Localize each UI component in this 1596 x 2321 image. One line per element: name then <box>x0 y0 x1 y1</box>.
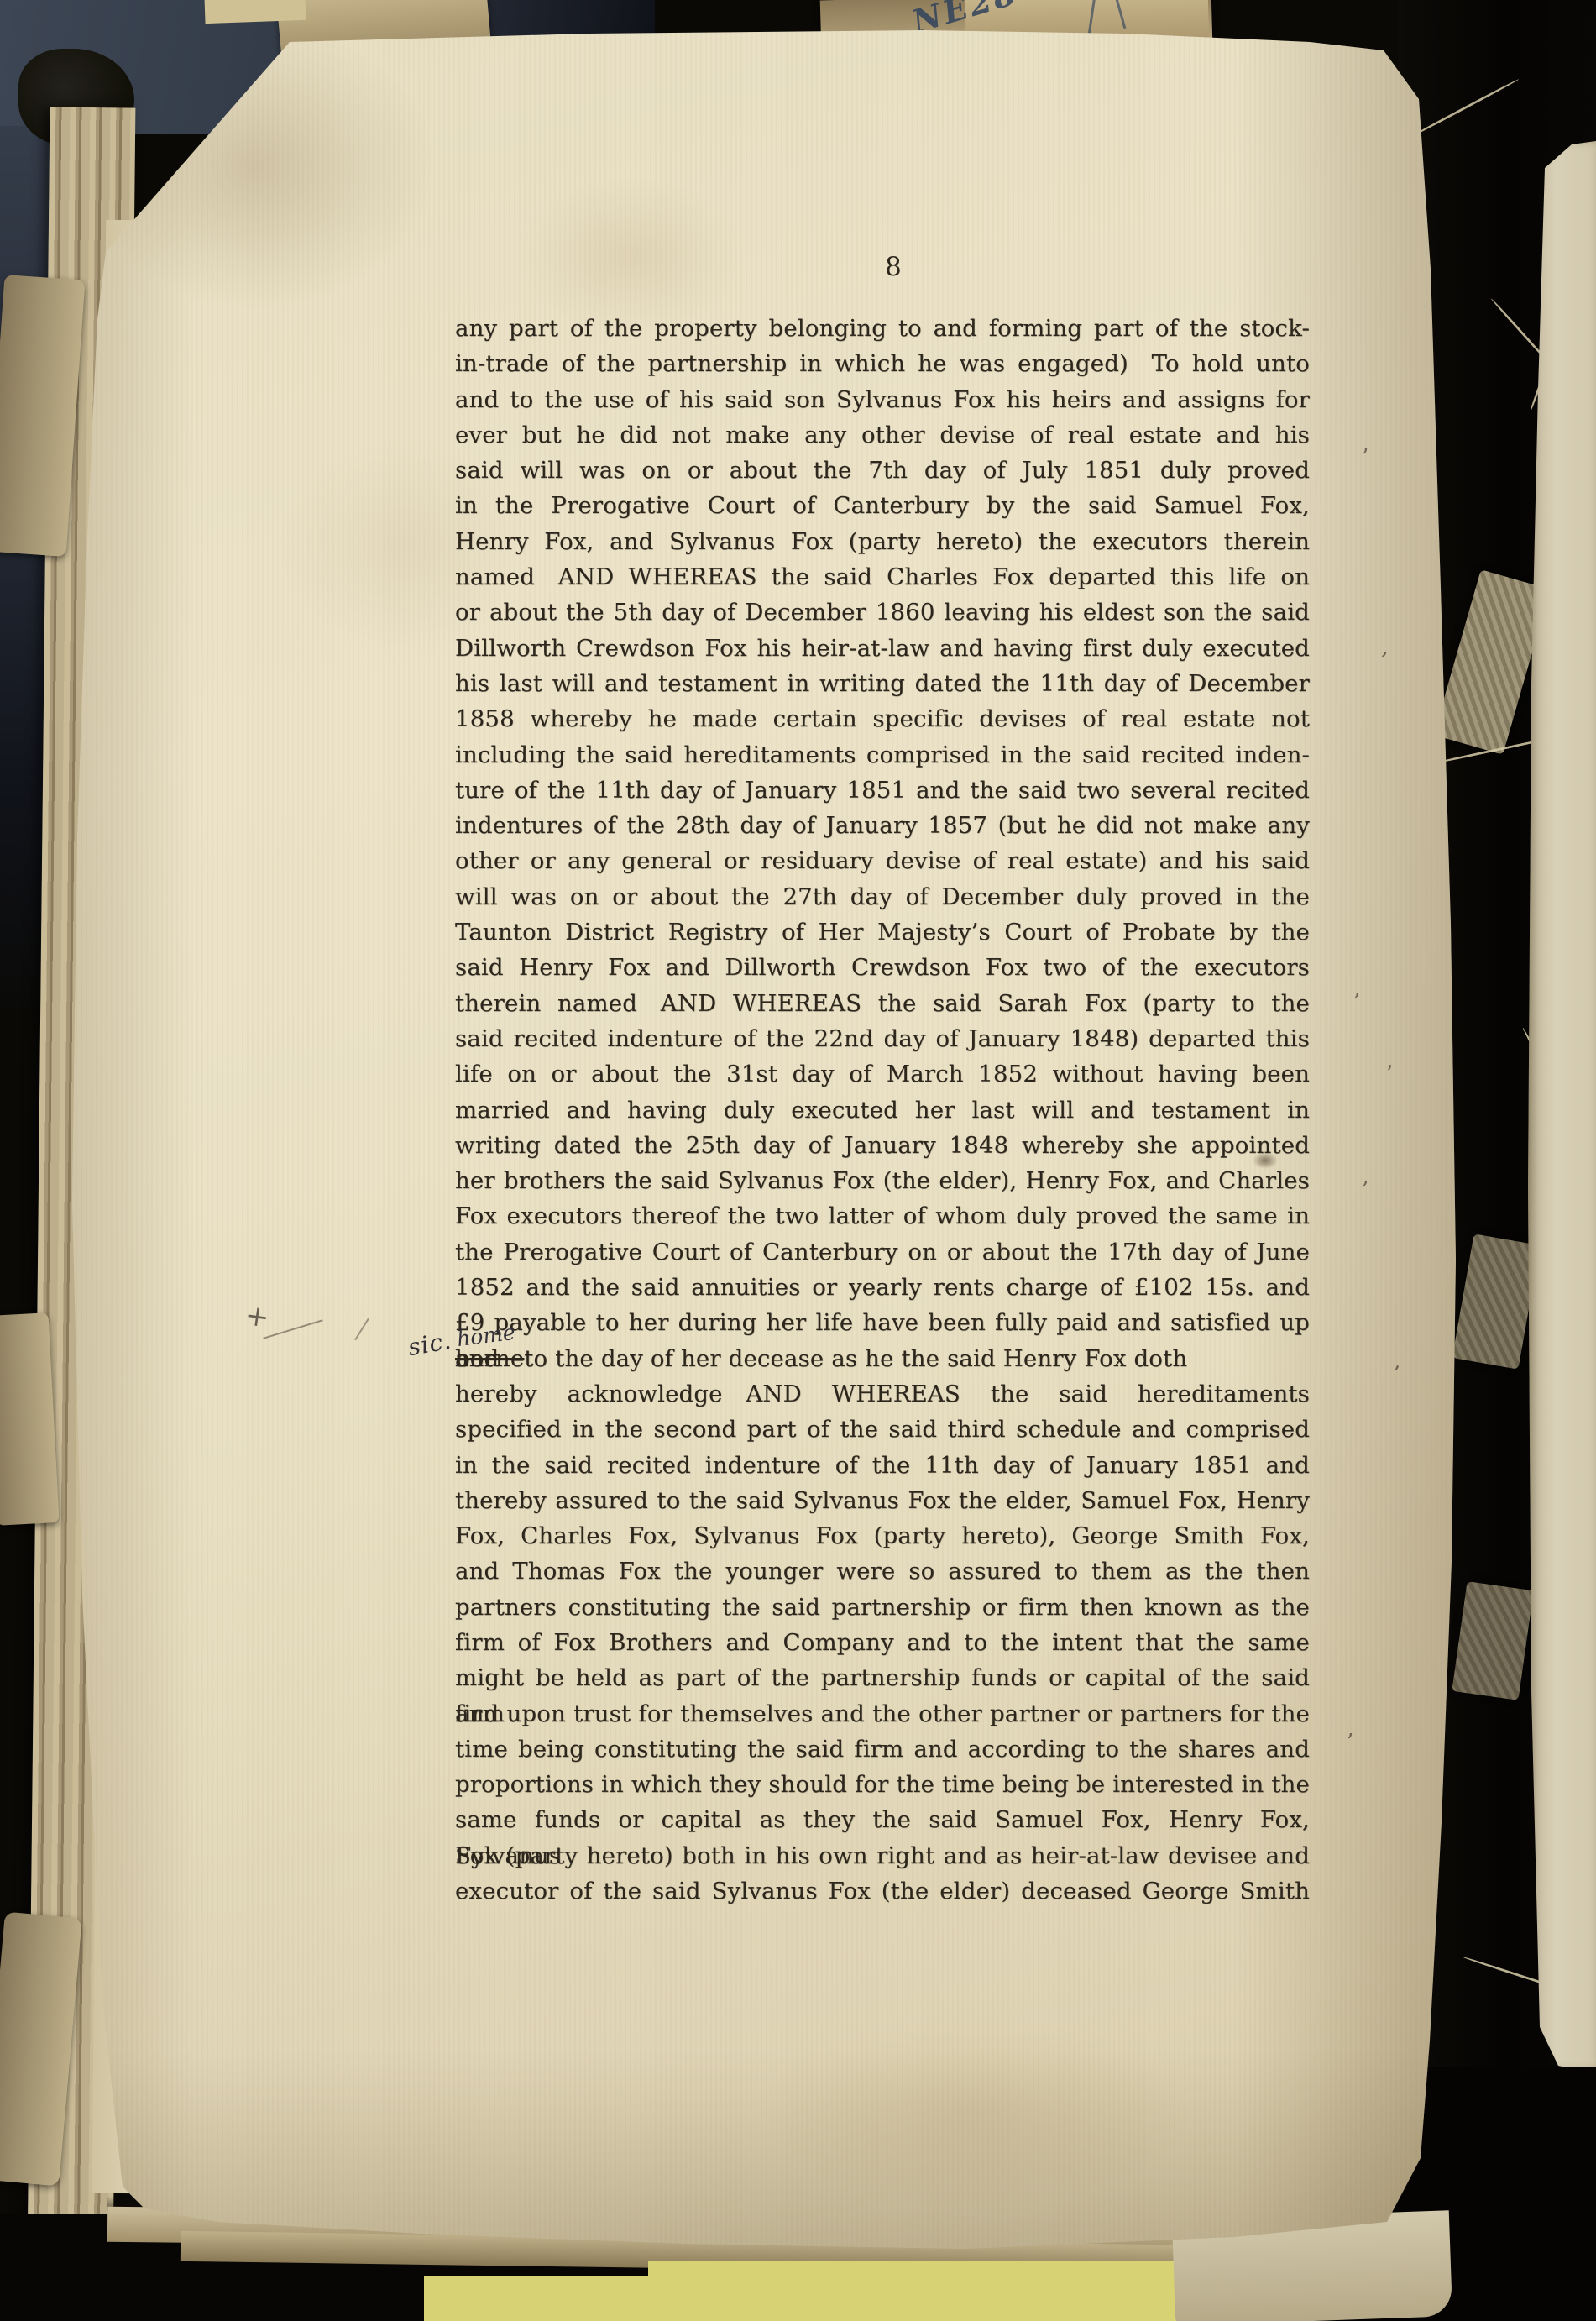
text-line: ever but he did not make any other devis… <box>455 417 1310 453</box>
text-line: in-trade of the partnership in which he … <box>455 346 1310 381</box>
text-line: any part of the property belonging to an… <box>455 311 1310 346</box>
text-line: firm of Fox Brothers and Company and to … <box>455 1625 1310 1660</box>
text-line: Dillworth Crewdson Fox his heir-at-law a… <box>455 631 1310 666</box>
text-line: in the said recited indenture of the 11t… <box>455 1448 1310 1483</box>
text-line: said Henry Fox and Dillworth Crewdson Fo… <box>455 950 1310 985</box>
text-line: Fox executors thereof the two latter of … <box>455 1198 1310 1234</box>
text-line: named AND WHEREAS the said Charles Fox d… <box>455 559 1310 595</box>
text-line: married and having duly executed her las… <box>455 1092 1310 1128</box>
page-number: 8 <box>871 252 915 282</box>
text-line: executor of the said Sylvanus Fox (the e… <box>455 1873 1310 1909</box>
text-line: £9 payable to her during her life have b… <box>455 1305 1310 1340</box>
text-line: said will was on or about the 7th day of… <box>455 453 1310 488</box>
text-line: Fox, Charles Fox, Sylvanus Fox (party he… <box>455 1518 1310 1553</box>
text-line: his last will and testament in writing d… <box>455 666 1310 701</box>
text-line: 1858 whereby he made certain specific de… <box>455 701 1310 736</box>
text-line: and Thomas Fox the younger were so assur… <box>455 1553 1310 1589</box>
text-line: thereby assured to the said Sylvanus Fox… <box>455 1483 1310 1518</box>
text-line: hereby acknowledge AND WHEREAS the said … <box>455 1376 1310 1412</box>
text-line: Fox (party hereto) both in his own right… <box>455 1838 1310 1873</box>
text-line: and bornehome to the day of her decease … <box>455 1341 1310 1376</box>
pencil-mark: + <box>243 1298 271 1335</box>
text-line: specified in the second part of the said… <box>455 1412 1310 1447</box>
photograph: NE28 8 any part of the property belongin… <box>0 0 1596 2321</box>
text-line: proportions in which they should for the… <box>455 1767 1310 1802</box>
text-line: other or any general or residuary devise… <box>455 843 1310 878</box>
ink-mark: ’ <box>1347 1730 1353 1755</box>
paper-scrap <box>205 0 306 24</box>
document-text: any part of the property belonging to an… <box>455 311 1310 1909</box>
text-line: and upon trust for themselves and the ot… <box>455 1696 1310 1732</box>
margin-note-sic: sic. <box>406 1327 454 1362</box>
text-line: might be held as part of the partnership… <box>455 1660 1310 1695</box>
text-line: writing dated the 25th day of January 18… <box>455 1128 1310 1163</box>
text-line: partners constituting the said partnersh… <box>455 1590 1310 1625</box>
text-line: the Prerogative Court of Canterbury on o… <box>455 1234 1310 1270</box>
text-line: time being constituting the said firm an… <box>455 1732 1310 1767</box>
yellow-slip <box>424 2276 655 2321</box>
text-line: Taunton District Registry of Her Majesty… <box>455 914 1310 950</box>
handwritten-correction: home <box>456 1321 516 1349</box>
struck-word: bornehome <box>455 1345 524 1372</box>
text-line: indentures of the 28th day of January 18… <box>455 808 1310 843</box>
pencil-stroke <box>263 1319 322 1339</box>
document-page: 8 any part of the property belonging to … <box>0 0 1596 2321</box>
pencil-stroke <box>354 1318 369 1341</box>
ink-mark: ’ <box>1362 1177 1368 1202</box>
text-line: and to the use of his said son Sylvanus … <box>455 382 1310 417</box>
text-line: 1852 and the said annuities or yearly re… <box>455 1270 1310 1305</box>
text-line: or about the 5th day of December 1860 le… <box>455 595 1310 630</box>
text-line: her brothers the said Sylvanus Fox (the … <box>455 1163 1310 1198</box>
text-line: including the said hereditaments compris… <box>455 737 1310 773</box>
text-line: said recited indenture of the 22nd day o… <box>455 1021 1310 1056</box>
text-line: in the Prerogative Court of Canterbury b… <box>455 488 1310 523</box>
text-line: therein named AND WHEREAS the said Sarah… <box>455 986 1310 1021</box>
text-line: life on or about the 31st day of March 1… <box>455 1056 1310 1092</box>
text-line: same funds or capital as they the said S… <box>455 1802 1310 1837</box>
ink-mark: ’ <box>1362 445 1368 470</box>
yellow-slip <box>648 2261 1179 2321</box>
text-line: Henry Fox, and Sylvanus Fox (party heret… <box>455 524 1310 559</box>
text-line: ture of the 11th day of January 1851 and… <box>455 773 1310 808</box>
ink-mark: ’ <box>1353 989 1360 1014</box>
text-line: will was on or about the 27th day of Dec… <box>455 879 1310 914</box>
